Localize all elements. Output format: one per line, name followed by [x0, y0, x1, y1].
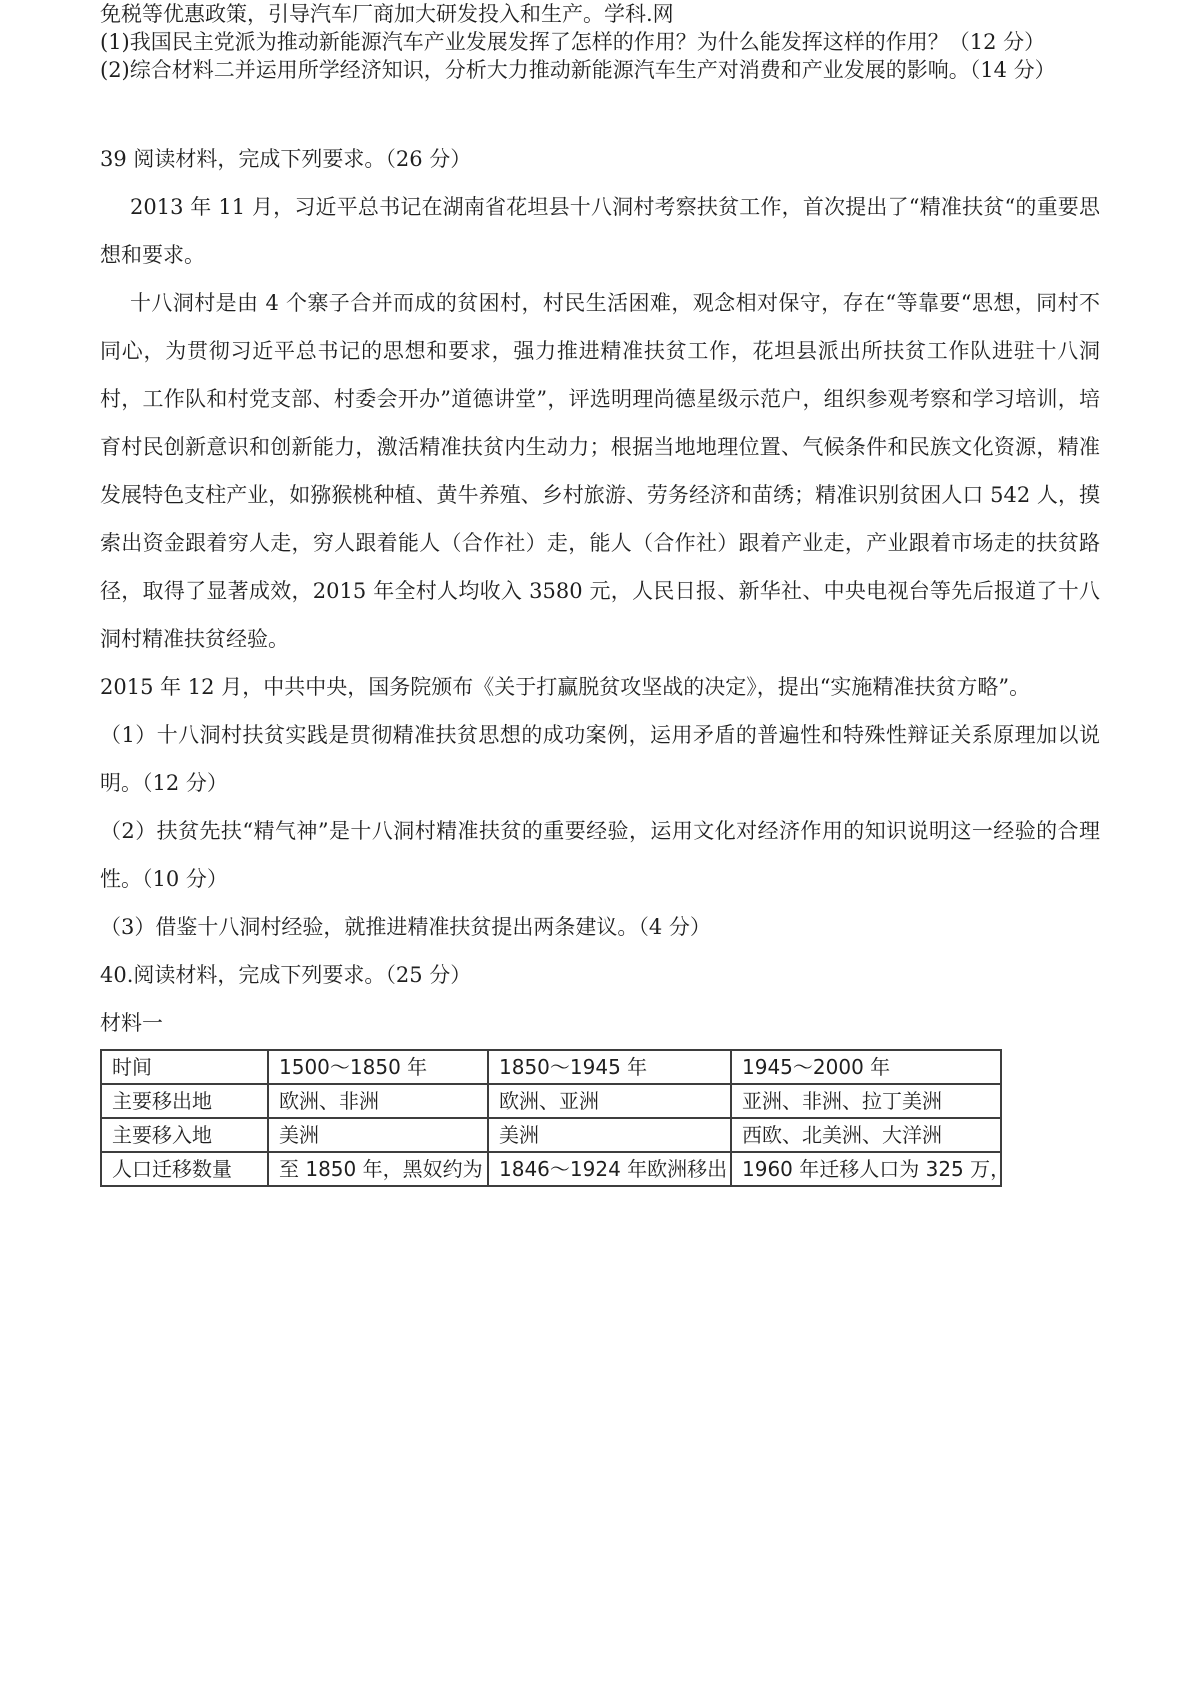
table-row-migration-volume: 人口迁移数量 至 1850 年，黑奴约为 1846～1924 年欧洲移出 196… — [101, 1152, 1001, 1186]
question-40-title: 40.阅读材料，完成下列要求。（25 分） — [100, 951, 1100, 999]
tax-policy-line: 免税等优惠政策，引导汽车厂商加大研发投入和生产。学科.网 — [100, 0, 1100, 28]
table-cell: 1945～2000 年 — [731, 1050, 1001, 1084]
table-cell: 时间 — [101, 1050, 268, 1084]
table-cell: 欧洲、非洲 — [268, 1084, 488, 1118]
question-39-material-para3: 2015 年 12 月，中共中央，国务院颁布《关于打赢脱贫攻坚战的决定》，提出“… — [100, 663, 1100, 711]
table-cell: 欧洲、亚洲 — [488, 1084, 731, 1118]
table-cell: 美洲 — [268, 1118, 488, 1152]
table-cell: 主要移入地 — [101, 1118, 268, 1152]
question-39-material-para1: 2013 年 11 月，习近平总书记在湖南省花坦县十八洞村考察扶贫工作，首次提出… — [100, 183, 1100, 279]
question-39-sub2: （2）扶贫先扶“精气神”是十八洞村精准扶贫的重要经验，运用文化对经济作用的知识说… — [100, 807, 1100, 903]
migration-table: 时间 1500～1850 年 1850～1945 年 1945～2000 年 主… — [100, 1049, 1002, 1187]
material-one-label: 材料一 — [100, 999, 1100, 1047]
question-39-sub1: （1）十八洞村扶贫实践是贯彻精准扶贫思想的成功案例，运用矛盾的普遍性和特殊性辩证… — [100, 711, 1100, 807]
table-cell: 1846～1924 年欧洲移出 — [488, 1152, 731, 1186]
table-row-origin: 主要移出地 欧洲、非洲 欧洲、亚洲 亚洲、非洲、拉丁美洲 — [101, 1084, 1001, 1118]
question-39-sub3: （3）借鉴十八洞村经验，就推进精准扶贫提出两条建议。（4 分） — [100, 903, 1100, 951]
table-cell: 人口迁移数量 — [101, 1152, 268, 1186]
table-cell: 1500～1850 年 — [268, 1050, 488, 1084]
question-39-40-block: 39 阅读材料，完成下列要求。（26 分） 2013 年 11 月，习近平总书记… — [100, 135, 1100, 1187]
table-cell: 至 1850 年，黑奴约为 — [268, 1152, 488, 1186]
table-cell: 1850～1945 年 — [488, 1050, 731, 1084]
question-38-part2: (2)综合材料二并运用所学经济知识，分析大力推动新能源汽车生产对消费和产业发展的… — [100, 56, 1100, 84]
exam-document-page: 免税等优惠政策，引导汽车厂商加大研发投入和生产。学科.网 (1)我国民主党派为推… — [0, 0, 1200, 1698]
table-cell: 西欧、北美洲、大洋洲 — [731, 1118, 1001, 1152]
table-cell: 1960 年迁移人口为 325 万， — [731, 1152, 1001, 1186]
table-cell: 主要移出地 — [101, 1084, 268, 1118]
question-39-title: 39 阅读材料，完成下列要求。（26 分） — [100, 135, 1100, 183]
question-38-part1: (1)我国民主党派为推动新能源汽车产业发展发挥了怎样的作用？为什么能发挥这样的作… — [100, 28, 1100, 56]
table-row-time: 时间 1500～1850 年 1850～1945 年 1945～2000 年 — [101, 1050, 1001, 1084]
table-row-destination: 主要移入地 美洲 美洲 西欧、北美洲、大洋洲 — [101, 1118, 1001, 1152]
table-cell: 美洲 — [488, 1118, 731, 1152]
table-cell: 亚洲、非洲、拉丁美洲 — [731, 1084, 1001, 1118]
question-39-material-para2: 十八洞村是由 4 个寨子合并而成的贫困村，村民生活困难，观念相对保守，存在“等靠… — [100, 279, 1100, 663]
